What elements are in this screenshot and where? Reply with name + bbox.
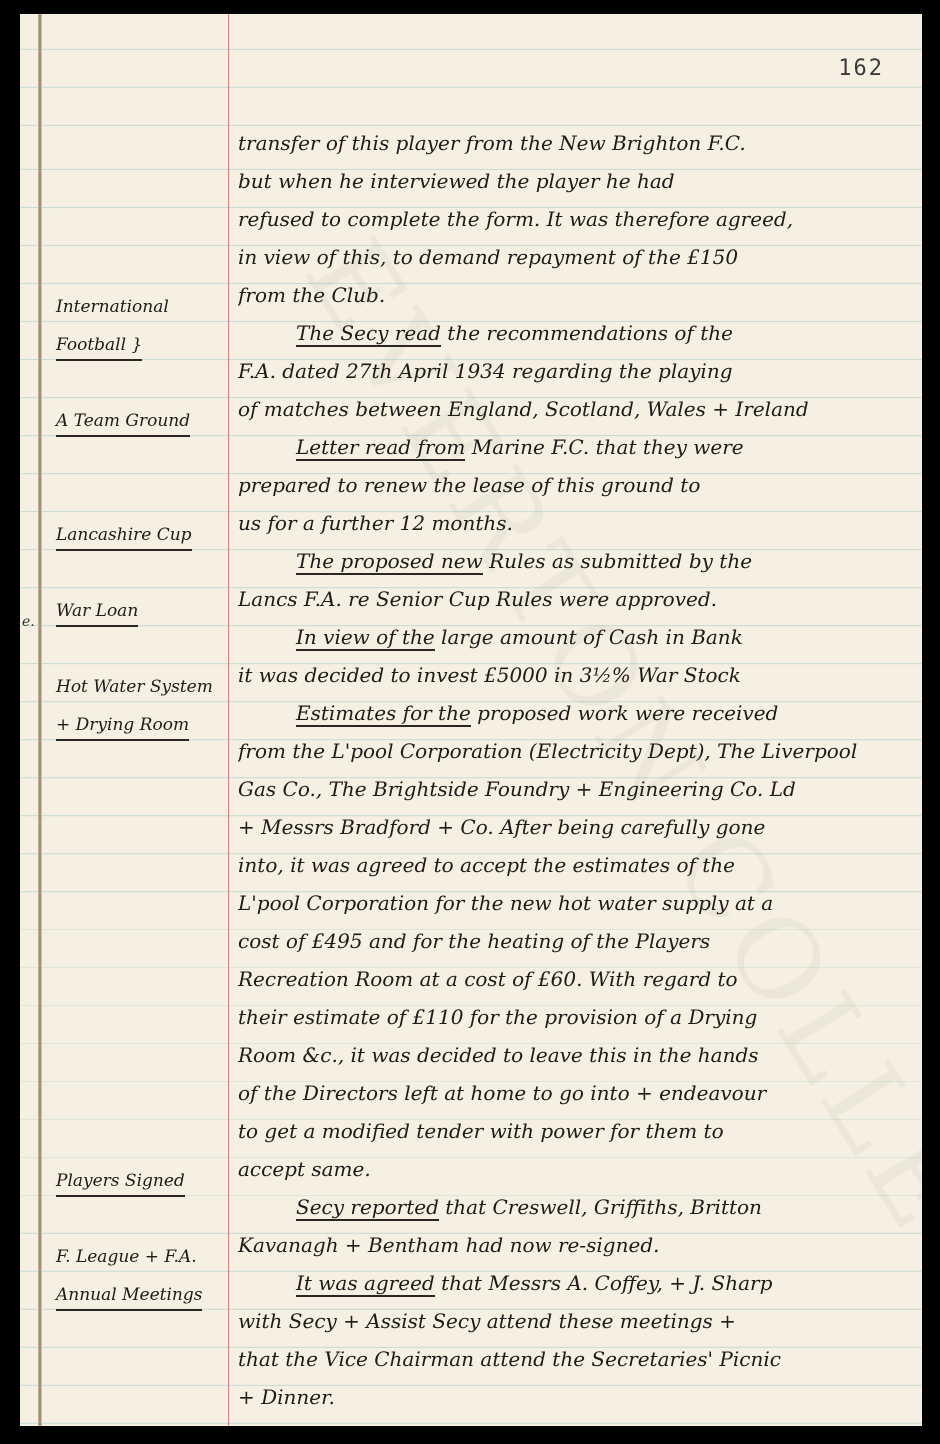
minutes-line: F.A. dated 27th April 1934 regarding the…	[238, 352, 918, 390]
minutes-line: L'pool Corporation for the new hot water…	[238, 884, 918, 922]
margin-note: InternationalFootball }	[56, 288, 226, 364]
page-number: 162	[838, 56, 884, 81]
margin-note-text: International	[56, 297, 169, 317]
minutes-line: of the Directors left at home to go into…	[238, 1074, 918, 1112]
minutes-line: us for a further 12 months.	[238, 504, 918, 542]
minutes-line: Lancs F.A. re Senior Cup Rules were appr…	[238, 580, 918, 618]
margin-note-text: War Loan	[56, 597, 138, 627]
minutes-line: into, it was agreed to accept the estima…	[238, 846, 918, 884]
margin-note-text: A Team Ground	[56, 407, 190, 437]
minutes-line: from the L'pool Corporation (Electricity…	[238, 732, 918, 770]
minutes-line: Estimates for the proposed work were rec…	[238, 694, 918, 732]
minutes-line: of matches between England, Scotland, Wa…	[238, 390, 918, 428]
minutes-line: The proposed new Rules as submitted by t…	[238, 542, 918, 580]
minutes-line: Room &c., it was decided to leave this i…	[238, 1036, 918, 1074]
minutes-line: it was decided to invest £5000 in 3½% Wa…	[238, 656, 918, 694]
minutes-line: The Secy read the recommendations of the	[238, 314, 918, 352]
minutes-line: Kavanagh + Bentham had now re-signed.	[238, 1226, 918, 1264]
minutes-line: that the Vice Chairman attend the Secret…	[238, 1340, 918, 1378]
margin-note: Players Signed	[56, 1162, 226, 1200]
minutes-line: their estimate of £110 for the provision…	[238, 998, 918, 1036]
minutes-line: Recreation Room at a cost of £60. With r…	[238, 960, 918, 998]
margin-note: A Team Ground	[56, 402, 226, 440]
minutes-line: It was agreed that Messrs A. Coffey, + J…	[238, 1264, 918, 1302]
margin-note-text: + Drying Room	[56, 711, 189, 741]
minutes-line: Gas Co., The Brightside Foundry + Engine…	[238, 770, 918, 808]
minutes-line: transfer of this player from the New Bri…	[238, 124, 918, 162]
margin-note-text: Lancashire Cup	[56, 521, 192, 551]
stray-mark: e.	[22, 614, 32, 630]
minutes-line: from the Club.	[238, 276, 918, 314]
page-binding-edge	[38, 14, 42, 1426]
minutes-line: but when he interviewed the player he ha…	[238, 162, 918, 200]
margin-note: War Loan	[56, 592, 226, 630]
minutes-line: + Dinner.	[238, 1378, 918, 1416]
minutes-line: to get a modified tender with power for …	[238, 1112, 918, 1150]
ledger-page: EVERTON COLLECTION 162 e. InternationalF…	[20, 14, 922, 1426]
red-margin-line	[228, 14, 229, 1426]
margin-note-text: Annual Meetings	[56, 1281, 202, 1311]
minutes-line: accept same.	[238, 1150, 918, 1188]
margin-note-text: Players Signed	[56, 1167, 185, 1197]
margin-note: F. League + F.A.Annual Meetings	[56, 1238, 226, 1314]
margin-note-text: Football }	[56, 331, 142, 361]
margin-note-text: F. League + F.A.	[56, 1247, 197, 1267]
minutes-line: in view of this, to demand repayment of …	[238, 238, 918, 276]
minutes-line: In view of the large amount of Cash in B…	[238, 618, 918, 656]
minutes-line: Letter read from Marine F.C. that they w…	[238, 428, 918, 466]
minutes-line: Secy reported that Creswell, Griffiths, …	[238, 1188, 918, 1226]
minutes-line: cost of £495 and for the heating of the …	[238, 922, 918, 960]
minutes-body: transfer of this player from the New Bri…	[238, 124, 918, 1416]
minutes-line: prepared to renew the lease of this grou…	[238, 466, 918, 504]
margin-note: Hot Water System+ Drying Room	[56, 668, 226, 744]
margin-note-text: Hot Water System	[56, 677, 213, 697]
minutes-line: with Secy + Assist Secy attend these mee…	[238, 1302, 918, 1340]
margin-note: Lancashire Cup	[56, 516, 226, 554]
minutes-line: refused to complete the form. It was the…	[238, 200, 918, 238]
minutes-line: + Messrs Bradford + Co. After being care…	[238, 808, 918, 846]
